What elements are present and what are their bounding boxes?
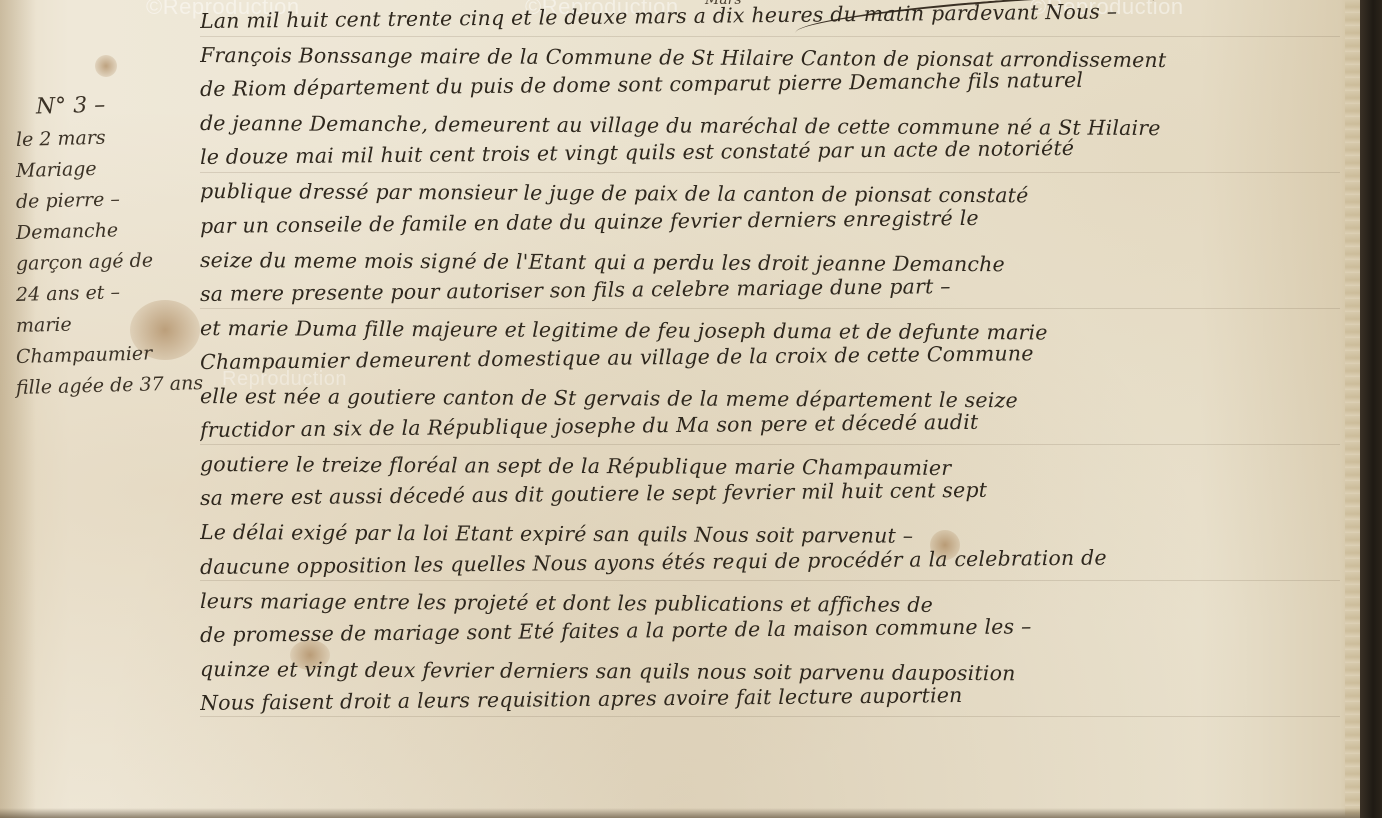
ink-stain bbox=[95, 55, 117, 77]
margin-line: Demanche bbox=[16, 213, 197, 249]
entry-number: N° 3 – bbox=[16, 87, 197, 123]
text-line: Lan mil huit cent trente cinq et le deux… bbox=[200, 0, 1345, 38]
act-body: Lan mil huit cent trente cinq et le deux… bbox=[200, 4, 1345, 720]
margin-line: Champaumier bbox=[16, 337, 197, 373]
page-bottom-edge bbox=[0, 808, 1362, 818]
margin-line: marie bbox=[16, 306, 197, 342]
register-page: ©Reproduction ©Reproduction ©Reproductio… bbox=[0, 0, 1362, 818]
margin-note: N° 3 – le 2 mars Mariage de pierre – Dem… bbox=[16, 92, 196, 404]
margin-line: de pierre – bbox=[16, 182, 197, 218]
binding-edge bbox=[1360, 0, 1382, 818]
margin-line: Mariage bbox=[16, 151, 197, 187]
margin-line: 24 ans et – bbox=[16, 275, 197, 311]
margin-line: garçon agé de bbox=[16, 244, 197, 280]
margin-line: le 2 mars bbox=[16, 120, 197, 156]
margin-line: fille agée de 37 ans bbox=[16, 368, 197, 404]
